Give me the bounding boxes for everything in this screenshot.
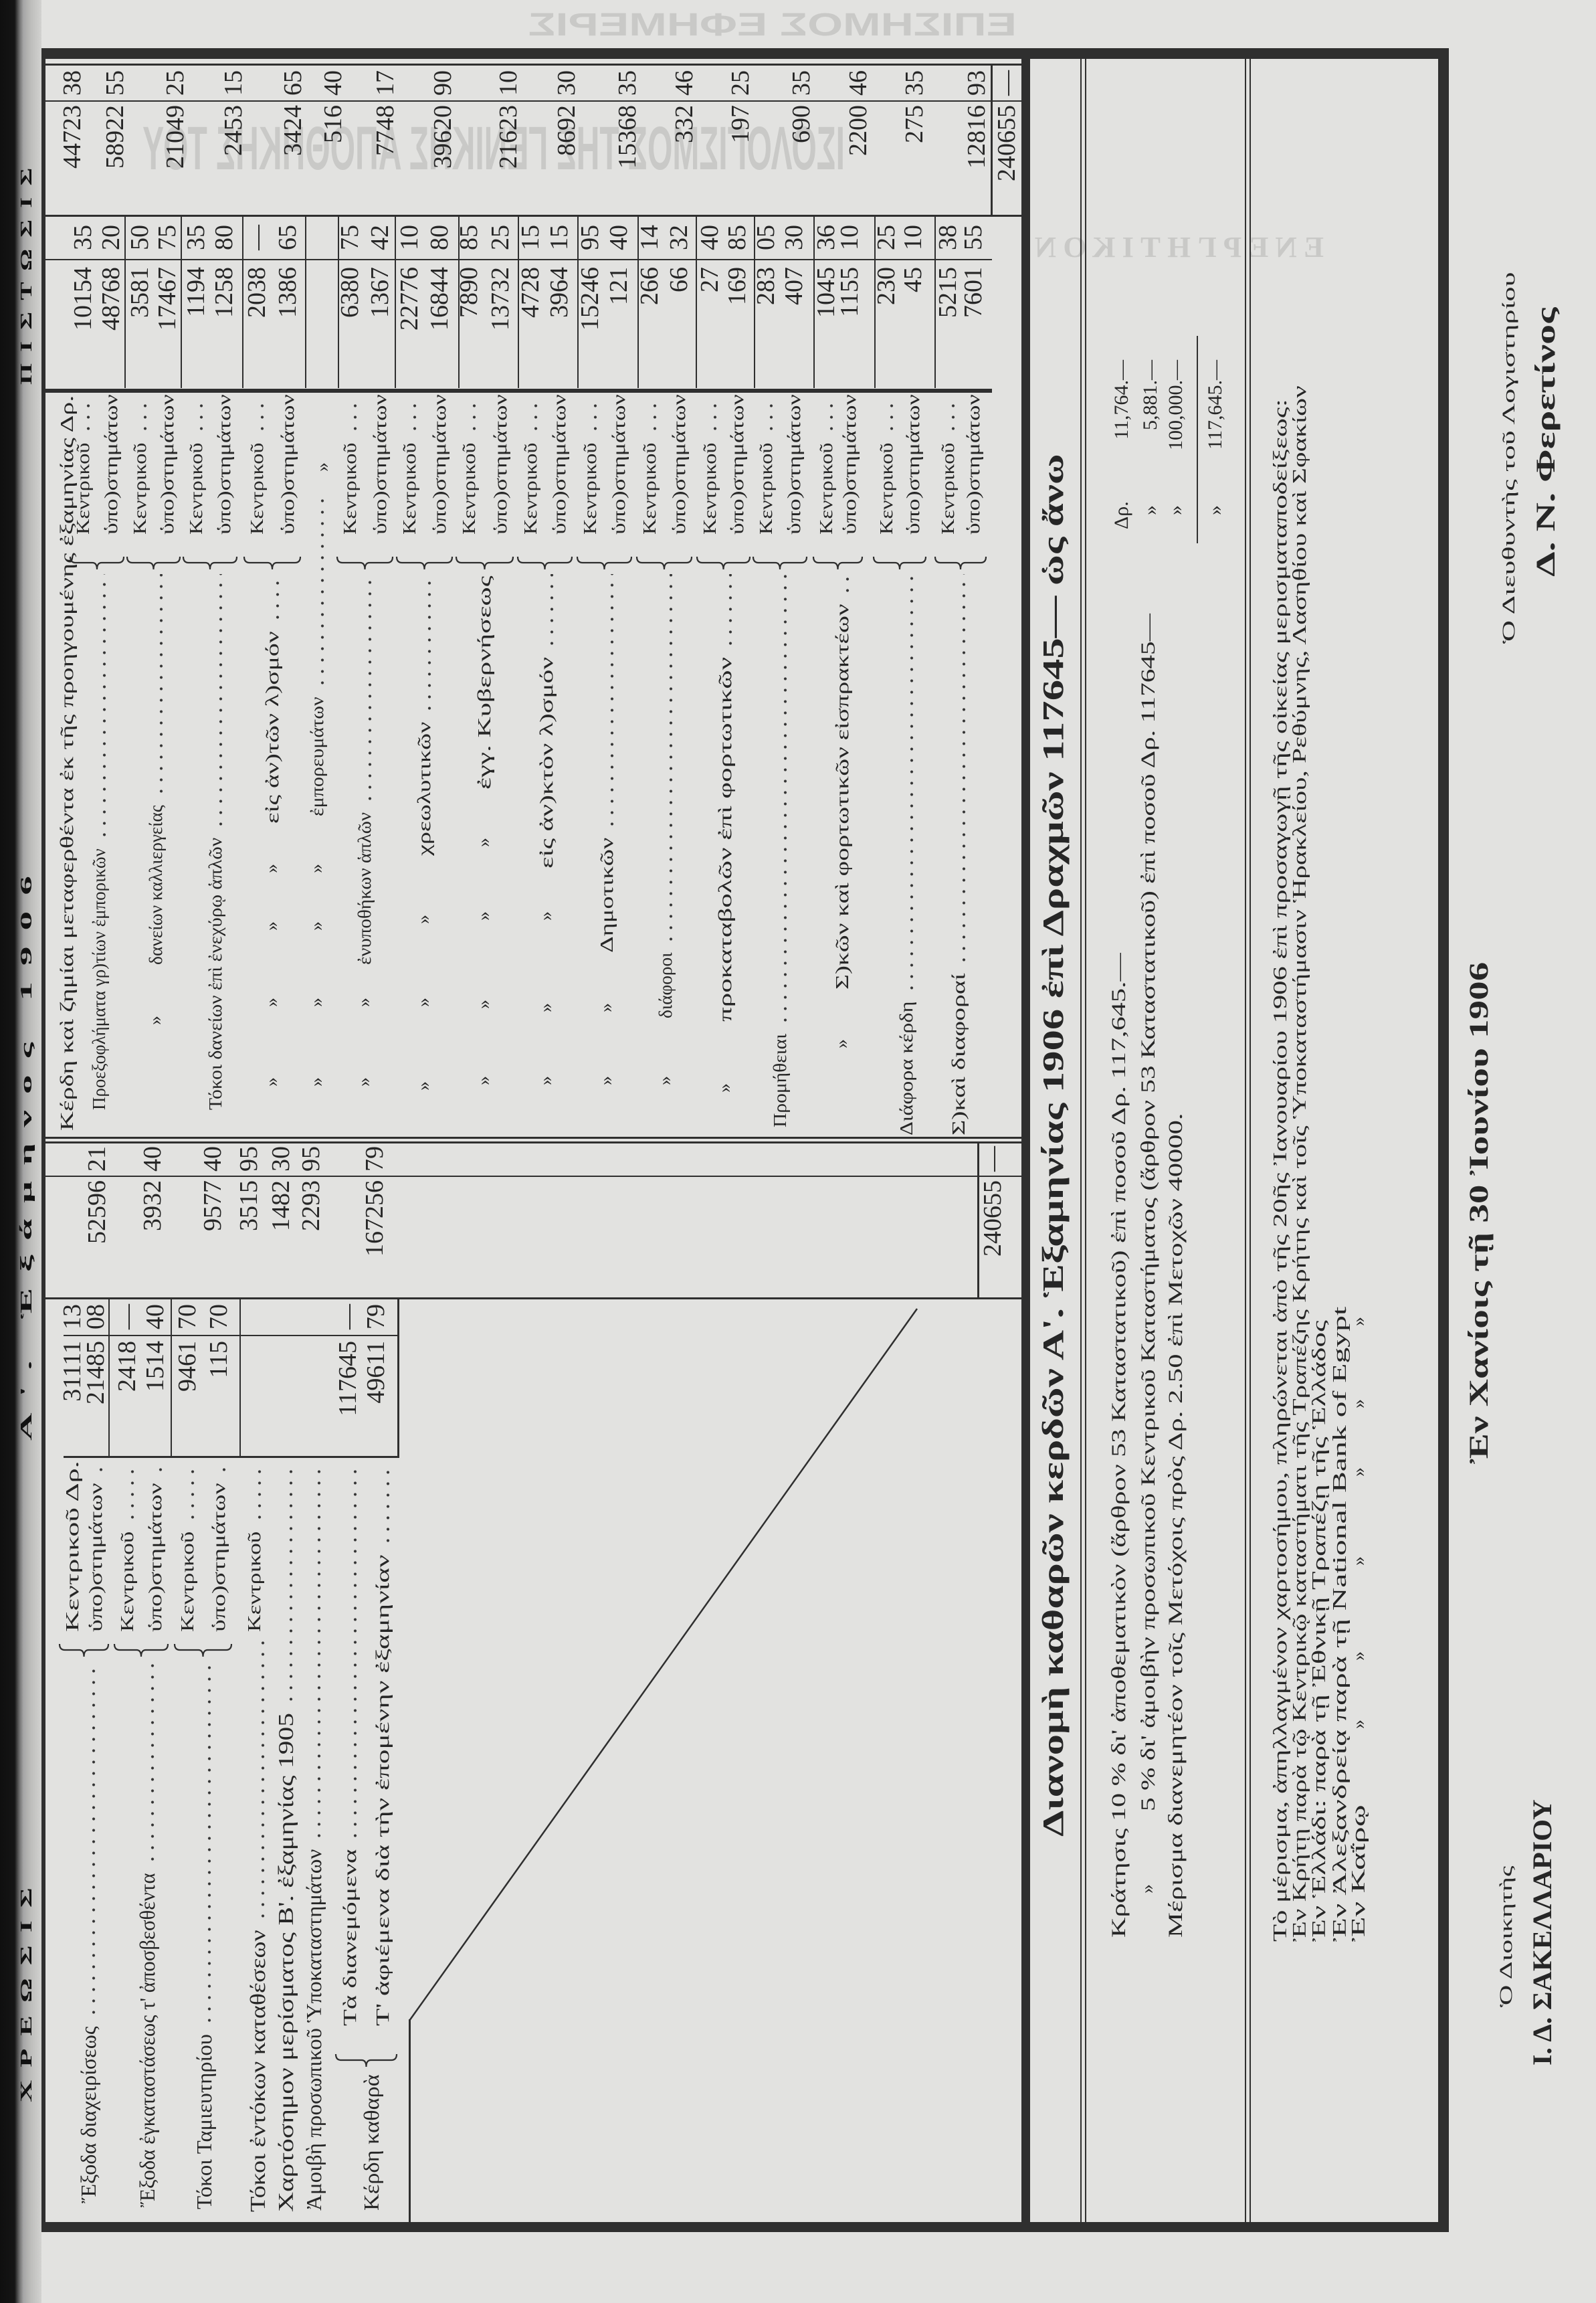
debit-subaccount-label: Κεντρικοῦ	[245, 1532, 264, 1632]
partial-drachmas: 7601	[961, 267, 986, 381]
total-drachmas: 275	[902, 105, 927, 212]
dotted-leader	[427, 574, 431, 714]
dotted-leader	[386, 1463, 390, 1546]
partial-drachmas: 22776	[397, 267, 422, 381]
period-title: Α'. Ἑξάμηνος 1906	[19, 860, 35, 1441]
dotted-leader	[962, 574, 966, 965]
partial-drachmas: 4728	[518, 267, 543, 381]
credit-subaccount-label: ὑπο)στημάτων	[840, 394, 859, 535]
payment-place-cairo: Ἐν Καΐρῳ	[1350, 1805, 1369, 1942]
total-lepta: 95	[236, 1144, 262, 1174]
credit-subaccount-label: Κεντρικοῦ	[340, 443, 359, 535]
dotted-leader	[550, 574, 554, 649]
dotted-leader	[472, 396, 476, 434]
credit-subaccount-label: ὑπο)στημάτων	[158, 394, 177, 535]
debit-subaccount-label: Τὰ διανεμόμενα	[340, 1849, 359, 2026]
partial-drachmas: 15246	[577, 267, 603, 381]
credit-subaccount-label: ὑπο)στημάτων	[964, 394, 983, 535]
dotted-leader	[669, 574, 673, 945]
ditto-mark: »	[716, 1083, 734, 1093]
total-drachmas: 690	[789, 105, 814, 212]
partial-lepta: 05	[753, 218, 779, 257]
partial-drachmas: 45	[900, 267, 926, 381]
distribution-line-staff: 5 % δι' ἀμοιβὴν προσωπικοῦ Κεντρικοῦ Κατ…	[1138, 614, 1159, 1811]
partial-drachmas: 48768	[98, 267, 124, 381]
partial-drachmas: 7890	[456, 267, 482, 381]
credit-subaccount-label: Κεντρικοῦ	[938, 443, 957, 535]
dotted-leader	[219, 574, 223, 830]
debit-group-rule	[108, 1298, 110, 1457]
debit-row-label: Ἀμοιβὴ προσωπικοῦ Ὑποκαταστημάτων	[303, 1849, 324, 2211]
dotted-leader	[99, 1463, 103, 1475]
dotted-leader	[258, 1463, 262, 1523]
partial-lepta: 40	[142, 1300, 168, 1333]
credit-row-label: χρεωλυτικῶν	[415, 722, 433, 856]
credit-subaccount-label: Κεντρικοῦ	[700, 443, 719, 535]
total-lepta: 10	[496, 68, 521, 98]
debit-partial-bottom-rule	[397, 1297, 399, 1458]
partial-drachmas: 1386	[275, 267, 300, 381]
brace-icon	[934, 555, 987, 570]
partial-lepta: —	[335, 1300, 361, 1333]
dotted-leader	[890, 396, 894, 434]
partial-lepta: 70	[175, 1300, 200, 1333]
credit-sublabel-partial-rule	[45, 389, 992, 393]
frame-left-rule	[41, 2222, 1449, 2232]
credit-subaccount-label: Κεντρικοῦ	[581, 443, 599, 535]
credit-group-rule	[305, 217, 306, 388]
debit-subaccount-label: Τ' ἀφιέμενα διὰ τὴν ἐπομένην ἐξαμηνίαν	[373, 1554, 392, 2026]
ditto-mark: »	[475, 911, 494, 921]
ditto-mark: »	[263, 864, 282, 873]
ditto-mark: »	[597, 1003, 616, 1012]
ditto-mark: »	[308, 921, 326, 931]
total-drachmas: 8692	[554, 105, 579, 212]
ditto-mark: »	[146, 1016, 165, 1025]
total-lepta: 35	[902, 68, 927, 98]
dotted-leader	[910, 574, 914, 994]
payment-place-crete: Ἐν Κρήτῃ παρὰ τῷ Κεντρικῷ καταστήματι τῆ…	[1291, 385, 1310, 1942]
debit-row-label: Χαρτόσημον μερίσματος Β'. ἐξαμηνίας 1905	[275, 1713, 296, 2212]
partial-lepta: 79	[363, 1300, 389, 1333]
brace-icon	[696, 555, 751, 570]
ditto-mark: »	[263, 1077, 282, 1087]
dotted-leader	[199, 396, 203, 434]
debit-row-label: Κέρδη καθαρὰ	[361, 2074, 382, 2211]
brace-icon	[126, 555, 181, 570]
distribution-title: Διανομὴ καθαρῶν κερδῶν Α'. Ἑξαμηνίας 190…	[1039, 454, 1068, 1837]
credit-grand-total-drachmas: 240655	[994, 105, 1019, 212]
total-lepta: 35	[789, 68, 814, 98]
debit-side-title: ΧΡΕΩΣΙΣ	[19, 1875, 35, 2102]
brace-icon	[873, 555, 926, 570]
dotted-leader	[261, 1640, 265, 1922]
dotted-leader	[783, 574, 787, 1026]
dotted-leader	[222, 1463, 226, 1475]
credit-subaccount-label: Κεντρικοῦ	[74, 443, 92, 535]
ditto-mark: »	[415, 1081, 433, 1091]
total-drachmas: 2293	[298, 1180, 324, 1295]
credit-subaccount-label: ὑπο)στημάτων	[491, 394, 510, 535]
credit-subaccount-label: Κεντρικοῦ	[640, 443, 659, 535]
partial-drachmas: 3581	[127, 267, 153, 381]
partial-lepta: 55	[961, 218, 986, 257]
total-lepta: 30	[554, 68, 579, 98]
total-lepta: 38	[60, 68, 85, 98]
brace-icon	[813, 555, 863, 570]
total-lepta: 40	[200, 1144, 225, 1174]
ditto-mark: »	[263, 998, 282, 1007]
dividend-note: Τὸ μέρισμα, ἀπηλλαγμένον χαρτοσήμου, πλη…	[1272, 399, 1290, 1942]
debit-row-label: Τόκοι Ταμιευτηρίου	[193, 2034, 215, 2209]
total-lepta: 93	[964, 68, 989, 98]
credit-group-rule	[181, 217, 182, 388]
dotted-leader	[653, 396, 657, 434]
distribution-sum-rule	[1197, 336, 1198, 543]
ditto-mark: »	[1350, 1399, 1369, 1408]
debit-label-close-rule	[409, 2019, 411, 2222]
credit-group-rule	[813, 217, 815, 388]
credit-subaccount-label: ὑπο)στημάτων	[785, 394, 803, 535]
total-drachmas: 7748	[373, 105, 398, 212]
credit-row-label: Τόκοι δανείων ἐπὶ ἐνεχύρῳ ἁπλῶν	[206, 838, 225, 1110]
dotted-leader	[728, 574, 732, 649]
debit-subaccount-label: ὑπο)στημάτων	[86, 1483, 105, 1632]
dotted-leader	[102, 574, 106, 840]
ditto-mark: »	[355, 1077, 374, 1087]
total-lepta: 79	[362, 1144, 387, 1174]
accounting-director-name: Δ. Ν. Φερετίνος	[1532, 308, 1559, 577]
brace-icon	[753, 555, 807, 570]
partial-drachmas: 2418	[114, 1341, 140, 1453]
credit-subaccount-label: Κεντρικοῦ	[130, 443, 149, 535]
total-drachmas: 21623	[496, 105, 521, 212]
credit-row-label: ἐμπορευμάτων	[308, 697, 326, 816]
brace-icon	[335, 2053, 397, 2067]
ditto-mark: »	[656, 1076, 675, 1085]
dotted-leader	[86, 396, 90, 434]
credit-subaccount-label: Κεντρικοῦ	[460, 443, 478, 535]
total-drachmas: 39620	[430, 105, 456, 212]
total-lepta: 17	[373, 68, 398, 98]
ditto-mark: »	[475, 1000, 494, 1009]
total-drachmas: 2453	[221, 105, 246, 212]
partial-drachmas: 10154	[70, 267, 96, 381]
ditto-mark: »	[308, 1077, 326, 1087]
dotted-leader	[534, 396, 538, 434]
ditto-mark: »	[314, 462, 332, 472]
dotted-leader	[413, 396, 417, 434]
distribution-title-rule-b	[1085, 59, 1086, 2222]
credit-group-rule	[754, 217, 755, 388]
distribution-amount-staff: 5,881.—	[1140, 360, 1161, 507]
center-divider-a	[41, 1141, 1025, 1143]
partial-drachmas: 1258	[211, 267, 237, 381]
total-lepta: 55	[102, 68, 128, 98]
credit-subaccount-label: Κεντρικοῦ	[400, 443, 419, 535]
partial-lepta: 38	[935, 218, 961, 257]
partial-drachmas: 230	[874, 267, 899, 381]
partial-lepta: 20	[98, 218, 124, 257]
debit-grand-total-lepta: —	[980, 1144, 1005, 1174]
debit-partial-lepta-rule	[64, 1335, 399, 1336]
ditto-mark: »	[1350, 1317, 1369, 1326]
dotted-leader	[610, 574, 614, 830]
total-lepta: 30	[268, 1144, 294, 1174]
total-drachmas: 2200	[845, 105, 871, 212]
governor-title: Ὁ Διοικητὴς	[1498, 1865, 1515, 2007]
frame-bottom-rule	[1438, 48, 1449, 2232]
partial-drachmas: 169	[724, 267, 750, 381]
partial-drachmas: 121	[606, 267, 631, 381]
partial-lepta: 85	[456, 218, 482, 257]
brace-icon	[183, 555, 237, 570]
credit-row-label: Δημοτικῶν	[597, 838, 616, 953]
partial-drachmas: 27	[697, 267, 722, 381]
partial-lepta: 95	[577, 218, 603, 257]
credit-subaccount-label: Κεντρικοῦ	[877, 443, 896, 535]
dotted-leader	[207, 1661, 211, 2026]
partial-lepta: 10	[397, 218, 422, 257]
partial-lepta: 25	[488, 218, 513, 257]
credit-group-rule	[395, 217, 396, 388]
total-lepta: 21	[84, 1144, 110, 1174]
partial-lepta: —	[114, 1300, 140, 1333]
debit-group-rule	[239, 1298, 241, 1457]
credit-subaccount-label: ὑπο)στημάτων	[102, 394, 120, 535]
credit-row-label: διάφοροι	[656, 953, 675, 1018]
dotted-leader	[368, 574, 372, 804]
debit-subaccount-label: ὑπο)στημάτων	[146, 1483, 165, 1632]
ditto-mark: »	[1350, 1467, 1369, 1477]
credit-subaccount-label: ὑπο)στημάτων	[430, 394, 449, 535]
brace-icon	[70, 555, 124, 570]
partial-lepta: —	[244, 218, 270, 257]
credit-subaccount-label: Κεντρικοῦ	[521, 443, 540, 535]
partial-drachmas: 49611	[363, 1341, 389, 1453]
credit-side-title: ΠΙΣΤΩΣΙΣ	[19, 157, 35, 385]
credit-row-label: προκαταβολῶν ἐπὶ φορτωτικῶν	[716, 657, 734, 1022]
credit-row-label: ἐνυποθήκων ἁπλῶν	[355, 812, 374, 965]
ditto-mark: »	[537, 1076, 556, 1085]
frame-right-inner-rule	[41, 64, 1025, 66]
dotted-leader	[191, 1463, 195, 1523]
debit-subaccount-label: Κεντρικοῦ	[178, 1532, 197, 1632]
partial-drachmas: 17467	[155, 267, 180, 381]
credit-group-rule	[124, 217, 126, 388]
credit-subaccount-label: ὑπο)στημάτων	[278, 394, 297, 535]
partial-lepta: 85	[724, 218, 750, 257]
total-lepta: 40	[140, 1144, 165, 1174]
total-drachmas: 3515	[236, 1180, 262, 1295]
total-lepta: 46	[672, 68, 697, 98]
dotted-leader	[769, 396, 773, 434]
total-lepta: 40	[320, 68, 346, 98]
distribution-amount-reserve: 11,764.—	[1112, 360, 1132, 507]
brace-icon	[336, 555, 393, 570]
partial-lepta: 25	[874, 218, 899, 257]
partial-lepta: 35	[183, 218, 209, 257]
partial-drachmas: 117645	[335, 1341, 361, 1453]
total-drachmas: 12816	[964, 105, 989, 212]
partial-drachmas: 266	[637, 267, 662, 381]
debit-row-label: Ἔξοδα ἐγκαταστάσεως τ' ἀποσβεσθέντα	[136, 1873, 158, 2207]
brace-icon	[396, 555, 453, 570]
partial-lepta: 35	[70, 218, 96, 257]
dotted-leader	[845, 574, 850, 596]
table-top-rule	[41, 48, 45, 2232]
credit-group-rule	[934, 217, 936, 388]
credit-subaccount-label: Κεντρικοῦ	[817, 443, 835, 535]
total-lepta: 46	[845, 68, 871, 98]
partial-drachmas: 13732	[488, 267, 513, 381]
dotted-leader	[260, 396, 264, 434]
partial-lepta: 42	[367, 218, 393, 257]
partial-drachmas: 407	[781, 267, 807, 381]
partial-drachmas: 5215	[935, 267, 961, 381]
ditto-mark: »	[415, 998, 433, 1007]
partial-drachmas: 283	[753, 267, 779, 381]
credit-group-rule	[577, 217, 579, 388]
dotted-leader	[951, 396, 955, 434]
partial-drachmas: 115	[206, 1341, 231, 1453]
credit-group-rule	[458, 217, 460, 388]
total-drachmas: 9577	[200, 1180, 225, 1295]
ditto-mark: »	[308, 998, 326, 1007]
dotted-leader	[276, 574, 280, 623]
partial-lepta: 30	[781, 218, 807, 257]
total-lepta: 25	[728, 68, 753, 98]
credit-subaccount-label: ὑπο)στημάτων	[904, 394, 922, 535]
credit-subaccount-label: ὑπο)στημάτων	[371, 394, 389, 535]
total-drachmas: 3932	[140, 1180, 165, 1295]
credit-row-label: εἰς ἀν)κτὸν λ)σμόν	[537, 657, 556, 868]
total-drachmas: 516	[320, 105, 346, 212]
credit-subaccount-label: Κεντρικοῦ	[757, 443, 775, 535]
profit-loss-statement: ΧΡΕΩΣΙΣ Α'. Ἑξάμηνος 1906 ΠΙΣΤΩΣΙΣ Διανο…	[0, 0, 1596, 2303]
partial-lepta: 08	[83, 1300, 108, 1333]
dotted-leader	[289, 1463, 293, 1705]
partial-lepta: 80	[211, 218, 237, 257]
total-lepta: 95	[298, 1144, 324, 1174]
payment-place-alexandria: Ἐν Ἀλεξανδρείᾳ παρὰ τῇ National Bank of …	[1331, 1307, 1350, 1942]
ditto-mark: »	[1350, 1651, 1369, 1661]
notes-rule-b	[1250, 59, 1251, 2222]
partial-drachmas: 1367	[367, 267, 393, 381]
total-lepta: 15	[221, 68, 246, 98]
credit-group-rule	[696, 217, 697, 388]
debit-total-lepta-rule	[45, 1176, 1021, 1177]
dotted-leader	[320, 496, 324, 688]
partial-drachmas: 6380	[337, 267, 363, 381]
total-drachmas: 44723	[60, 105, 85, 212]
credit-row-label: Προεξοφλήματα γρ)τίων ἐμπορικῶν	[90, 848, 108, 1110]
ditto-mark: »	[1350, 1556, 1369, 1566]
brace-icon	[517, 555, 573, 570]
dotted-leader	[159, 1463, 163, 1475]
partial-drachmas: 1155	[837, 267, 862, 381]
center-divider-b	[41, 1137, 1025, 1139]
accounting-director-title: Ὁ Διευθυντὴς τοῦ Λογιστηρίου	[1500, 272, 1518, 644]
debit-group-rule	[171, 1298, 172, 1457]
credit-group-rule	[242, 217, 243, 388]
ditto-mark: »	[355, 998, 374, 1007]
partial-lepta: 15	[546, 218, 572, 257]
credit-group-rule	[637, 217, 639, 388]
ditto-mark: »	[597, 1076, 616, 1085]
credit-subaccount-label: ὑπο)στημάτων	[728, 394, 746, 535]
debit-subaccount-label: Κεντρικοῦ	[118, 1532, 136, 1632]
distribution-amount-dividend: 100,000.—	[1166, 360, 1186, 507]
brace-icon	[243, 555, 301, 570]
dotted-leader	[159, 574, 163, 797]
ditto-mark: »	[833, 1039, 852, 1048]
partial-lepta: 65	[275, 218, 300, 257]
credit-subaccount-label: Κεντρικοῦ	[247, 443, 266, 535]
total-lepta: 65	[280, 68, 306, 98]
credit-row-label: ἐγγ. Κυβερνήσεως	[475, 575, 494, 790]
ditto-mark: »	[537, 1003, 556, 1012]
dotted-leader	[92, 1661, 96, 2018]
partial-drachmas: 1514	[142, 1341, 168, 1453]
brace-icon	[59, 1643, 109, 1657]
total-drachmas: 1482	[268, 1180, 294, 1295]
place-date: Ἐν Χανίοις τῇ 30 Ἰουνίου 1906	[1466, 962, 1492, 1464]
credit-subaccount-label: ὑπο)στημάτων	[550, 394, 569, 535]
distribution-total: 117,645.—	[1205, 360, 1225, 507]
dotted-leader	[593, 396, 597, 434]
debit-sublabel-partial-rule	[64, 1456, 399, 1458]
governor-name: Ι. Δ. ΣΑΚΕΛΛΑΡΙΟΥ	[1529, 1800, 1556, 2065]
ditto-mark: »	[263, 921, 282, 931]
debit-partial-total-rule	[45, 1297, 1021, 1299]
partial-lepta: 40	[697, 218, 722, 257]
ditto-mark: »	[1350, 1720, 1369, 1729]
credit-row-label: Προμήθειαι	[771, 1034, 789, 1127]
partial-lepta: 14	[637, 218, 662, 257]
dotted-leader	[130, 1463, 134, 1523]
ditto-mark: »	[1138, 1884, 1157, 1894]
payment-place-greece: Ἐν Ἑλλάδι: παρὰ τῇ Ἐθνικῇ Τραπέζῃ τῆς Ἑλ…	[1310, 1320, 1329, 1942]
partial-drachmas: 2038	[244, 267, 270, 381]
dotted-leader	[829, 396, 833, 434]
ditto-mark: »	[475, 838, 494, 847]
credit-row-label: δανείων καλλιεργείας	[146, 805, 165, 965]
credit-subaccount-label: ὑπο)στημάτων	[215, 394, 233, 535]
partial-lepta: 32	[666, 218, 692, 257]
credit-row-label: Διάφορα κέρδη	[897, 1001, 916, 1135]
debit-subaccount-label: Κεντρικοῦ Δρ.	[63, 1461, 82, 1632]
total-drachmas: 3424	[280, 105, 306, 212]
credit-row-label: Σ)κῶν καὶ φορτωτικῶν εἰσπρακτέων	[833, 604, 852, 990]
partial-lepta: 40	[606, 218, 631, 257]
credit-subaccount-label: ὑπο)στημάτων	[609, 394, 628, 535]
credit-group-rule	[874, 217, 876, 388]
ditto-mark: »	[475, 1076, 494, 1085]
partial-lepta: 75	[337, 218, 363, 257]
total-drachmas: 197	[728, 105, 753, 212]
distribution-title-rule-a	[1080, 59, 1082, 2222]
dotted-leader	[317, 1463, 321, 1841]
credit-row-label: Σ)καὶ διαφοραί	[949, 973, 968, 1135]
dotted-leader	[143, 396, 147, 434]
partial-lepta: 10	[900, 218, 926, 257]
credit-group-rule	[518, 217, 519, 388]
partial-drachmas: 9461	[175, 1341, 200, 1453]
total-drachmas: 52596	[84, 1180, 110, 1295]
credit-row-label: εἰς ἀν)τῶν λ)σμόν	[263, 631, 282, 824]
ditto-mark: »	[308, 864, 326, 873]
